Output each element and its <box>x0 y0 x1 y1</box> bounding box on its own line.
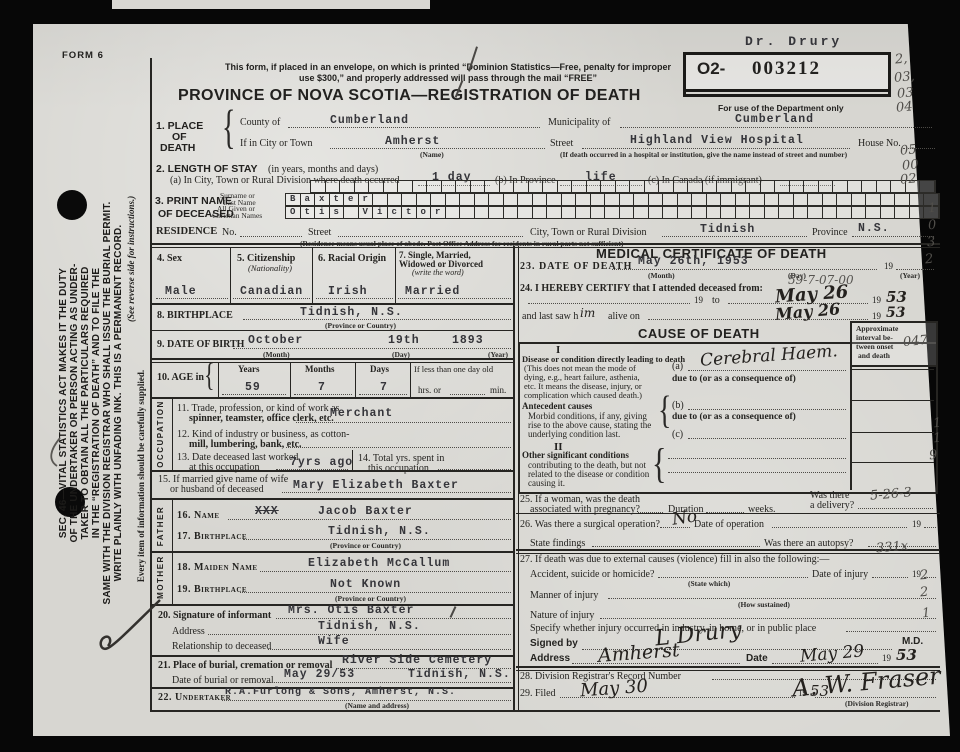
statute-line: TAKER TO OBTAIN ALL THE PARTICULARS REQU… <box>80 143 91 663</box>
margin-mark: 2 <box>919 585 929 601</box>
s6-label: 6. Racial Origin <box>318 253 386 264</box>
registration-prefix: O2- <box>697 59 725 79</box>
doctor-annotation: Dr. Drury <box>745 34 842 49</box>
statute-line: SEC. 46—VITAL STATISTICS ACT MAKES IT TH… <box>58 143 69 663</box>
given-names-grid: Otis Victor <box>285 206 940 219</box>
house-label: House No. <box>858 138 901 149</box>
margin-mark: 2 <box>924 252 934 268</box>
brace: { <box>658 390 671 435</box>
s14-l2: this occupation <box>368 463 429 474</box>
statute-note: SEC. 46—VITAL STATISTICS ACT MAKES IT TH… <box>58 143 126 663</box>
interval-l3: and death <box>858 351 890 360</box>
residence-prov: N.S. <box>858 222 890 235</box>
registration-number-box-lower <box>683 86 891 97</box>
margin-mark: 03, <box>893 69 915 86</box>
scan-edge-artifact <box>112 0 430 9</box>
s2-label: 2. LENGTH OF STAY <box>156 163 258 175</box>
s10-months-h: Months <box>305 364 335 374</box>
residence-city-label: City, Town or Rural Division <box>530 227 647 238</box>
s10-min: min. <box>490 385 506 395</box>
s24-pre2: 19 <box>872 295 881 305</box>
s27-accident-label: Accident, suicide or homicide? <box>530 569 654 580</box>
s26-autopsy-label: Was there an autopsy? <box>764 538 853 549</box>
ante-l0: Antecedent causes <box>522 401 592 411</box>
s17-value: Tidnish, N.S. <box>328 525 431 538</box>
city-label: If in City or Town <box>240 138 312 149</box>
s24-to: to <box>712 295 720 306</box>
cause-dueto2: due to (or as a consequence of) <box>672 412 796 422</box>
s21-date: May 29/53 <box>284 668 355 681</box>
interval-l1: interval be- <box>856 333 893 342</box>
other-l3: causing it. <box>528 478 565 488</box>
s27-accident-caption: (State which) <box>688 579 730 588</box>
residence-caption: (Residence means usual place of abode. P… <box>300 239 623 248</box>
document-title: PROVINCE OF NOVA SCOTIA—REGISTRATION OF … <box>178 87 641 105</box>
department-caption: For use of the Department only <box>718 103 844 113</box>
s13-value: 7yrs ago <box>290 456 353 469</box>
s7-l3: (write the word) <box>412 268 464 277</box>
s20-value: Mrs. Otis Baxter <box>288 604 414 617</box>
margin-mark: 04 <box>895 99 913 115</box>
signed-year: 53 <box>896 646 917 664</box>
s26-pre: 19 <box>912 519 921 529</box>
county-label: County of <box>240 117 280 128</box>
name-grid-blank-row <box>310 180 936 193</box>
disease-l4: complication which caused death.) <box>524 390 642 400</box>
other-l0: Other significant conditions <box>522 450 629 460</box>
s15-l2: or husband of deceased <box>170 484 264 495</box>
s21-value: River Side Cemetery <box>342 654 492 667</box>
s5-sub: (Nationality) <box>248 263 292 273</box>
s21-place2: Tidnish, N.S. <box>408 668 511 681</box>
s27-manner-caption: (How sustained) <box>738 600 790 609</box>
ante-l3: underlying condition last. <box>528 429 620 439</box>
s17-label: 17. Birthplace <box>177 531 247 542</box>
s10-days-h: Days <box>370 364 389 374</box>
s10-label: 10. AGE in <box>157 372 204 383</box>
s12-l2: mill, lumbering, bank, etc. <box>189 439 302 450</box>
margin-mark: 3 <box>926 235 936 251</box>
s23-pre: 19 <box>884 261 893 271</box>
s6-value: Irish <box>328 285 368 298</box>
s18-label: 18. Maiden Name <box>177 562 258 573</box>
s26-label: 26. Was there a surgical operation? <box>520 519 660 530</box>
form-bottom-border <box>150 710 940 712</box>
s24-label: 24. I HEREBY CERTIFY that I attended dec… <box>520 283 763 294</box>
s27-manner-label: Manner of injury <box>530 590 598 601</box>
residence-street-label: Street <box>308 227 331 238</box>
s29-label: 29. Filed <box>520 688 556 699</box>
s10-years: 59 <box>245 381 261 394</box>
s8-value: Tidnish, N.S. <box>300 306 403 319</box>
s24-hand-year: 53 <box>886 288 907 306</box>
s10-years-h: Years <box>238 364 260 374</box>
registrar-caption: (Division Registrar) <box>845 699 909 708</box>
s26-date-label: Date of operation <box>694 519 764 530</box>
s23-ycap: (Year) <box>900 271 920 280</box>
residence-label: RESIDENCE <box>156 226 217 237</box>
father-strip-label: FATHER <box>156 501 170 551</box>
margin-mark: 2 <box>919 568 929 584</box>
s11-value: Merchant <box>330 407 393 420</box>
brace: { <box>652 441 666 489</box>
s24-last: and last saw h <box>522 311 578 322</box>
s1-label3: DEATH <box>160 142 195 154</box>
street-caption: (If death occurred in a hospital or inst… <box>560 150 847 159</box>
margin-mark: 1 <box>932 431 942 447</box>
margin-mark: 05 <box>899 142 917 158</box>
s20-label: 20. Signature of informant <box>158 610 271 621</box>
s4-label: 4. Sex <box>157 253 182 264</box>
margin-mark: 1 <box>932 416 942 432</box>
s24-pre3: 19 <box>872 311 881 321</box>
signed-pre: 19 <box>882 653 891 663</box>
municipality-value: Cumberland <box>735 113 814 126</box>
s9-day: 19th <box>388 334 420 347</box>
s18-value: Elizabeth McCallum <box>308 557 450 570</box>
interval-l0: Approximate <box>856 324 898 333</box>
residence-no-label: No. <box>222 227 237 238</box>
city-caption: (Name) <box>420 150 444 159</box>
envelope-note-line2: use $300,” and properly addressed will p… <box>208 73 688 83</box>
s16-struck: XXX <box>255 505 279 518</box>
s22-label: 22. Undertaker <box>158 692 231 703</box>
s10-months: 7 <box>318 381 326 394</box>
s4-value: Male <box>165 285 197 298</box>
scanned-death-registration: FORM 6 Dr. Drury This form, if placed in… <box>0 0 960 752</box>
street-label: Street <box>550 138 573 149</box>
residence-city: Tidnish <box>700 223 755 236</box>
margin-mark: 047 <box>902 333 928 350</box>
s20-rel-label: Relationship to deceased <box>172 641 271 652</box>
cause-dueto: due to (or as a consequence of) <box>672 374 796 384</box>
s24-hand-im: im <box>580 306 595 320</box>
given-cap2: Christian Names <box>212 211 262 220</box>
s20-addr-label: Address <box>172 626 205 637</box>
margin-mark: 1 <box>927 201 937 217</box>
s9-year: 1893 <box>452 334 484 347</box>
residence-prov-label: Province <box>812 227 848 238</box>
margin-mark: 1 <box>921 606 931 622</box>
s24-alive: alive on <box>608 311 640 322</box>
envelope-note-line1: This form, if placed in an envelope, on … <box>208 62 688 72</box>
brace: { <box>204 356 215 395</box>
margin-mark: 0 <box>927 218 937 234</box>
s10-hrs: hrs. or <box>418 385 441 395</box>
cause-b-label: (b) <box>672 400 684 411</box>
s22-value: R.A.Furlong & Sons, Amherst, N.S. <box>225 687 456 698</box>
s16-label: 16. Name <box>177 510 220 521</box>
s17-caption: (Province or Country) <box>330 541 401 550</box>
occupation-strip-label: OCCUPATION <box>156 400 170 468</box>
mother-strip-label: MOTHER <box>156 552 170 602</box>
statute-line: SAME WITH THE DIVISION REGISTRAR WHO SHA… <box>102 143 113 663</box>
pen-squiggle <box>88 596 168 666</box>
s10-days: 7 <box>380 381 388 394</box>
margin-mark: 9 <box>928 448 938 464</box>
pencil-curve <box>46 436 66 470</box>
s26-findings-label: State findings <box>530 538 585 549</box>
margin-mark: 2, <box>894 51 908 67</box>
signed-address-label: Address <box>530 653 570 664</box>
s19-label: 19. Birthplace <box>177 584 247 595</box>
s7-value: Married <box>405 285 460 298</box>
signed-date-label: Date <box>746 653 768 664</box>
s15-value: Mary Elizabeth Baxter <box>293 479 459 492</box>
s25-delivery-l2: a delivery? <box>810 500 854 511</box>
brace: { <box>222 102 235 156</box>
surname-grid: Baxter <box>285 193 940 206</box>
s21-date-label: Date of burial or removal <box>172 675 274 686</box>
signed-label: Signed by <box>530 638 578 649</box>
statute-line: IN THE “REGISTRATION OF DEATH” AND TO FI… <box>91 143 102 663</box>
cause-a-label: (a) <box>672 361 683 372</box>
cause-c-label: (c) <box>672 429 683 440</box>
s23-mcap: (Month) <box>648 271 675 280</box>
form-number: FORM 6 <box>62 50 104 61</box>
registration-number: 003212 <box>752 58 821 80</box>
city-value: Amherst <box>385 135 440 148</box>
s19-value: Not Known <box>330 578 401 591</box>
cause-title: CAUSE OF DEATH <box>638 326 760 341</box>
interval-l2: tween onset <box>856 342 893 351</box>
s2-label2: (in years, months and days) <box>268 164 378 175</box>
s19-caption: (Province or Country) <box>335 594 406 603</box>
s24-hand-year2: 53 <box>886 305 905 321</box>
street-value: Highland View Hospital <box>630 134 804 147</box>
s24-pre1: 19 <box>694 295 703 305</box>
statute-line: WRITE PLAINLY WITH UNFADING INK. THIS IS… <box>113 143 124 663</box>
s9-label: 9. DATE OF BIRTH <box>157 339 244 350</box>
s9-month: October <box>248 334 303 347</box>
s20-addr: Tidnish, N.S. <box>318 620 421 633</box>
s22-caption: (Name and address) <box>345 701 409 710</box>
municipality-label: Municipality of <box>548 117 611 128</box>
s23-label: 23. DATE OF DEATH <box>520 261 632 272</box>
s16-value: Jacob Baxter <box>318 505 413 518</box>
county-value: Cumberland <box>330 114 409 127</box>
s8-caption: (Province or Country) <box>325 321 396 330</box>
s23-value: May 26th, 1953 <box>638 255 749 268</box>
s5-value: Canadian <box>240 285 303 298</box>
s8-label: 8. BIRTHPLACE <box>157 310 233 321</box>
s20-rel: Wife <box>318 635 350 648</box>
s27-injury-label: Date of injury <box>812 569 868 580</box>
margin-mark: 02 <box>899 171 917 187</box>
s10-less-h: If less than one day old <box>414 364 493 374</box>
s27-label: 27. If death was due to external causes … <box>520 554 829 565</box>
margin-mark: 331x <box>875 539 908 557</box>
statute-line: OF THE UNDERTAKER OR PERSON ACTING AS UN… <box>69 143 80 663</box>
s27-nature-label: Nature of injury <box>530 610 594 621</box>
